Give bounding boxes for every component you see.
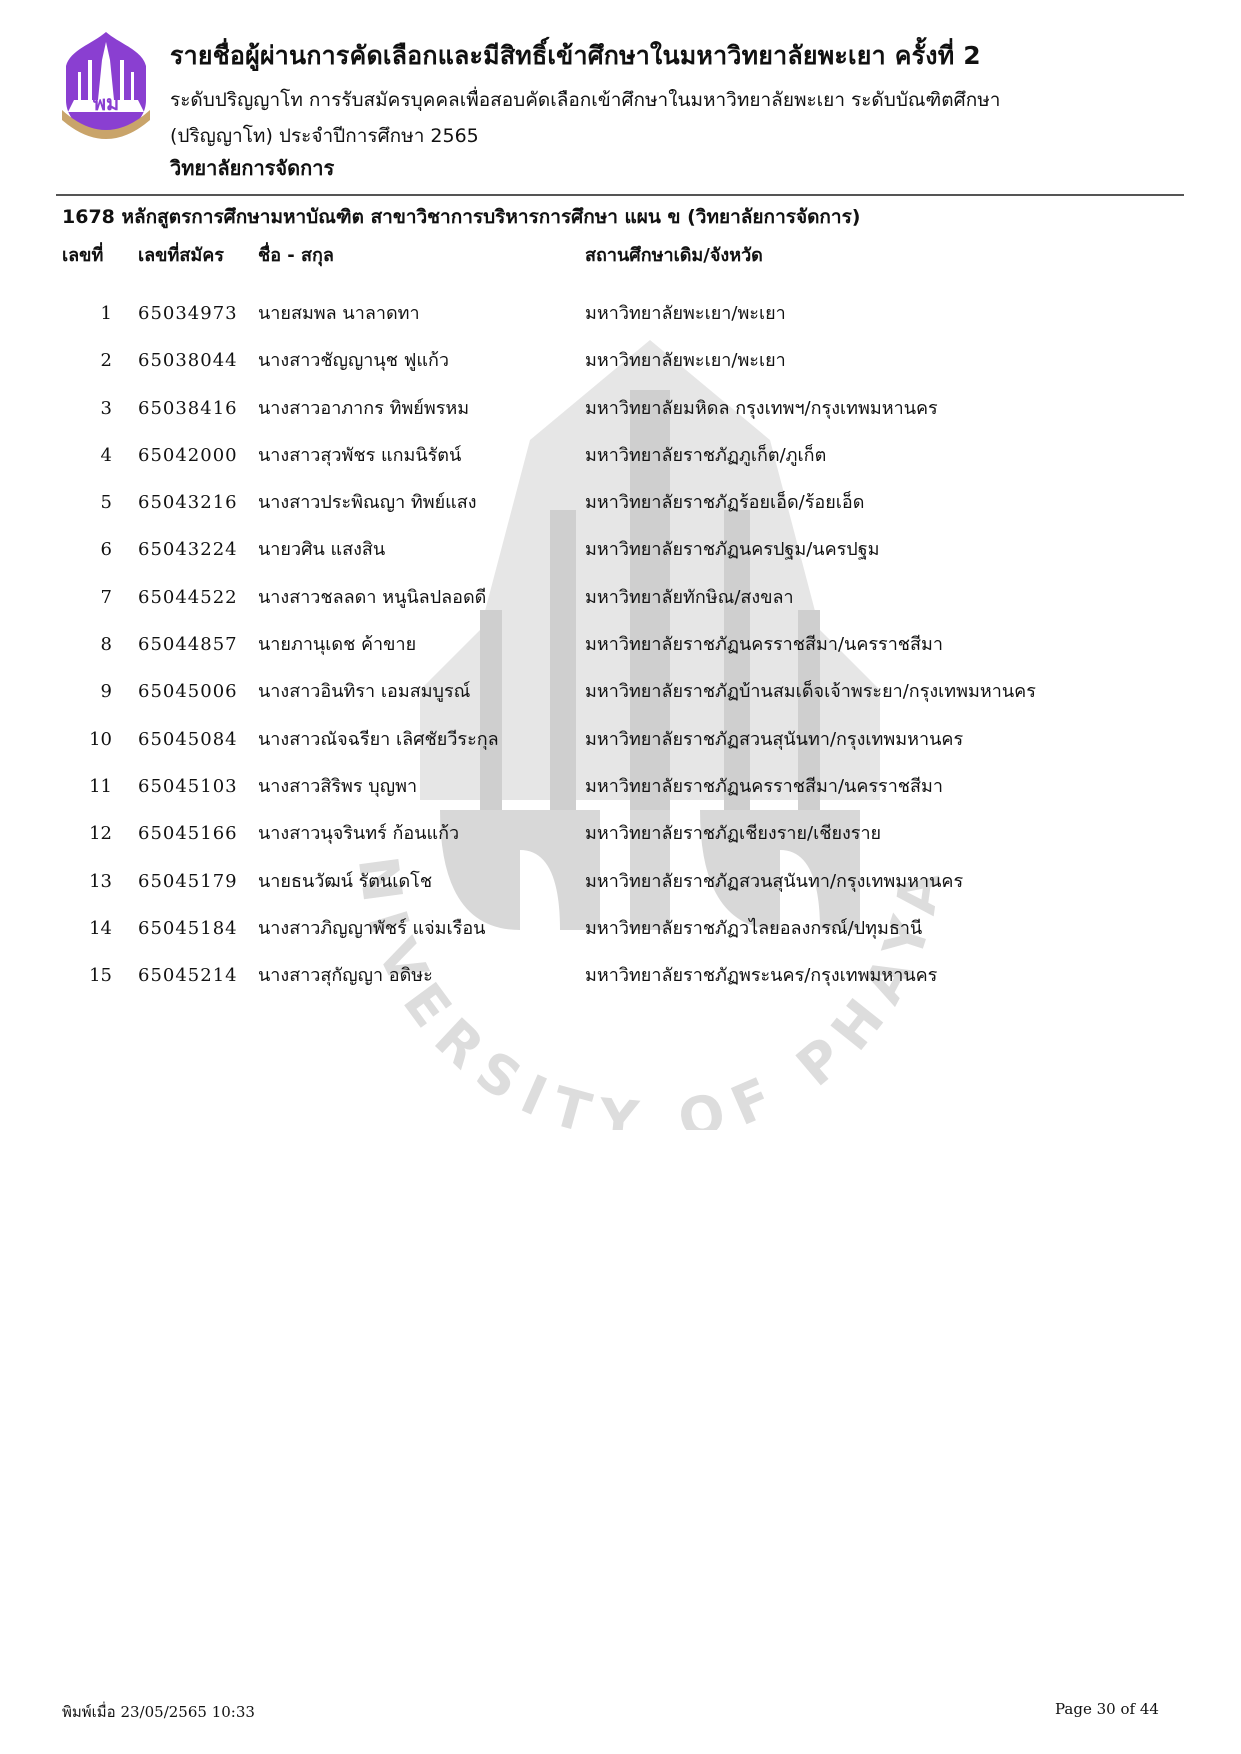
subtitle-line-1: ระดับปริญญาโท การรับสมัครบุคคลเพื่อสอบคั… xyxy=(170,82,1210,118)
subtitle-line-2: (ปริญญาโท) ประจำปีการศึกษา 2565 xyxy=(170,118,1210,154)
application-id: 65043216 xyxy=(138,489,238,517)
application-id: 65038416 xyxy=(138,395,238,423)
table-row: 465042000นางสาวสุวพัชร แกมนิรัตน์มหาวิทย… xyxy=(62,442,1182,489)
table-row: 365038416นางสาวอาภากร ทิพย์พรหมมหาวิทยาล… xyxy=(62,395,1182,442)
table-row: 665043224นายวศิน แสงสินมหาวิทยาลัยราชภัฏ… xyxy=(62,536,1182,583)
row-number: 10 xyxy=(62,726,112,754)
row-number: 13 xyxy=(62,868,112,896)
row-number: 1 xyxy=(62,300,112,328)
applicant-name: นายภานุเดช ค้าขาย xyxy=(258,631,416,659)
previous-school: มหาวิทยาลัยราชภัฏพระนคร/กรุงเทพมหานคร xyxy=(585,962,937,990)
row-number: 9 xyxy=(62,678,112,706)
row-number: 4 xyxy=(62,442,112,470)
page-number: Page 30 of 44 xyxy=(1055,1700,1159,1718)
previous-school: มหาวิทยาลัยราชภัฏสวนสุนันทา/กรุงเทพมหานค… xyxy=(585,868,963,896)
application-id: 65045084 xyxy=(138,726,238,754)
header-divider xyxy=(56,194,1184,196)
applicant-name: นางสาวสิริพร บุญพา xyxy=(258,773,417,801)
application-id: 65045166 xyxy=(138,820,238,848)
applicant-name: นางสาวสุกัญญา อดิษะ xyxy=(258,962,433,990)
printed-datetime: 23/05/2565 10:33 xyxy=(120,1703,254,1721)
previous-school: มหาวิทยาลัยราชภัฏสวนสุนันทา/กรุงเทพมหานค… xyxy=(585,726,963,754)
previous-school: มหาวิทยาลัยราชภัฏร้อยเอ็ด/ร้อยเอ็ด xyxy=(585,489,864,517)
table-row: 265038044นางสาวชัญญานุช ฟูแก้วมหาวิทยาลั… xyxy=(62,347,1182,394)
application-id: 65045184 xyxy=(138,915,238,943)
printed-timestamp: พิมพ์เมื่อ 23/05/2565 10:33 xyxy=(62,1700,255,1724)
column-header-application-id: เลขที่สมัคร xyxy=(138,242,224,270)
faculty-name: วิทยาลัยการจัดการ xyxy=(170,152,334,184)
printed-label: พิมพ์เมื่อ xyxy=(62,1703,116,1721)
row-number: 3 xyxy=(62,395,112,423)
row-number: 12 xyxy=(62,820,112,848)
previous-school: มหาวิทยาลัยมหิดล กรุงเทพฯ/กรุงเทพมหานคร xyxy=(585,395,938,423)
table-row: 1565045214นางสาวสุกัญญา อดิษะมหาวิทยาลัย… xyxy=(62,962,1182,1009)
program-heading: 1678 หลักสูตรการศึกษามหาบัณฑิต สาขาวิชาก… xyxy=(62,202,860,232)
page-subtitle: ระดับปริญญาโท การรับสมัครบุคคลเพื่อสอบคั… xyxy=(170,82,1210,154)
table-row: 765044522นางสาวชลลดา หนูนิลปลอดดีมหาวิทย… xyxy=(62,584,1182,631)
column-header-name: ชื่อ - สกุล xyxy=(258,242,334,270)
applicant-name: นายวศิน แสงสิน xyxy=(258,536,385,564)
table-row: 965045006นางสาวอินทิรา เอมสมบูรณ์มหาวิทย… xyxy=(62,678,1182,725)
row-number: 5 xyxy=(62,489,112,517)
table-row: 165034973นายสมพล นาลาดทามหาวิทยาลัยพะเยา… xyxy=(62,300,1182,347)
row-number: 6 xyxy=(62,536,112,564)
table-row: 1365045179นายธนวัฒน์ รัตนเดโชมหาวิทยาลัย… xyxy=(62,868,1182,915)
applicant-name: นายสมพล นาลาดทา xyxy=(258,300,420,328)
previous-school: มหาวิทยาลัยพะเยา/พะเยา xyxy=(585,300,786,328)
previous-school: มหาวิทยาลัยพะเยา/พะเยา xyxy=(585,347,786,375)
applicant-name: นางสาวชัญญานุช ฟูแก้ว xyxy=(258,347,449,375)
application-id: 65045103 xyxy=(138,773,238,801)
row-number: 7 xyxy=(62,584,112,612)
table-header: เลขที่ เลขที่สมัคร ชื่อ - สกุล สถานศึกษา… xyxy=(62,242,1182,282)
applicant-name: นางสาวประพิณญา ทิพย์แสง xyxy=(258,489,477,517)
applicant-name: นางสาวนุจรินทร์ ก้อนแก้ว xyxy=(258,820,459,848)
previous-school: มหาวิทยาลัยราชภัฏนครราชสีมา/นครราชสีมา xyxy=(585,631,943,659)
applicant-name: นางสาวอาภากร ทิพย์พรหม xyxy=(258,395,469,423)
table-row: 1165045103นางสาวสิริพร บุญพามหาวิทยาลัยร… xyxy=(62,773,1182,820)
row-number: 11 xyxy=(62,773,112,801)
svg-text:พม: พม xyxy=(93,91,119,115)
application-id: 65042000 xyxy=(138,442,238,470)
previous-school: มหาวิทยาลัยราชภัฏนครราชสีมา/นครราชสีมา xyxy=(585,773,943,801)
table-row: 1465045184นางสาวภิญญาพัชร์ แจ่มเรือนมหาว… xyxy=(62,915,1182,962)
column-header-school: สถานศึกษาเดิม/จังหวัด xyxy=(585,242,763,270)
applicant-name: นายธนวัฒน์ รัตนเดโช xyxy=(258,868,432,896)
university-logo-icon: พม xyxy=(58,30,154,142)
applicant-name: นางสาวอินทิรา เอมสมบูรณ์ xyxy=(258,678,470,706)
previous-school: มหาวิทยาลัยราชภัฏภูเก็ต/ภูเก็ต xyxy=(585,442,826,470)
column-header-no: เลขที่ xyxy=(62,242,118,270)
table-body: 165034973นายสมพล นาลาดทามหาวิทยาลัยพะเยา… xyxy=(62,300,1182,1009)
application-id: 65045214 xyxy=(138,962,238,990)
previous-school: มหาวิทยาลัยราชภัฏเชียงราย/เชียงราย xyxy=(585,820,881,848)
application-id: 65038044 xyxy=(138,347,238,375)
row-number: 8 xyxy=(62,631,112,659)
previous-school: มหาวิทยาลัยราชภัฏวไลยอลงกรณ์/ปทุมธานี xyxy=(585,915,922,943)
previous-school: มหาวิทยาลัยราชภัฏบ้านสมเด็จเจ้าพระยา/กรุ… xyxy=(585,678,1036,706)
application-id: 65044522 xyxy=(138,584,238,612)
table-row: 1065045084นางสาวณัจฉรียา เลิศชัยวีระกุลม… xyxy=(62,726,1182,773)
application-id: 65043224 xyxy=(138,536,238,564)
application-id: 65044857 xyxy=(138,631,238,659)
previous-school: มหาวิทยาลัยทักษิณ/สงขลา xyxy=(585,584,794,612)
previous-school: มหาวิทยาลัยราชภัฏนครปฐม/นครปฐม xyxy=(585,536,880,564)
page-title: รายชื่อผู้ผ่านการคัดเลือกและมีสิทธิ์เข้า… xyxy=(170,36,981,76)
table-row: 565043216นางสาวประพิณญา ทิพย์แสงมหาวิทยา… xyxy=(62,489,1182,536)
application-id: 65045179 xyxy=(138,868,238,896)
table-row: 865044857นายภานุเดช ค้าขายมหาวิทยาลัยราช… xyxy=(62,631,1182,678)
applicant-name: นางสาวภิญญาพัชร์ แจ่มเรือน xyxy=(258,915,485,943)
application-id: 65034973 xyxy=(138,300,238,328)
applicant-name: นางสาวสุวพัชร แกมนิรัตน์ xyxy=(258,442,461,470)
table-row: 1265045166นางสาวนุจรินทร์ ก้อนแก้วมหาวิท… xyxy=(62,820,1182,867)
row-number: 2 xyxy=(62,347,112,375)
application-id: 65045006 xyxy=(138,678,238,706)
row-number: 15 xyxy=(62,962,112,990)
applicant-table: เลขที่ เลขที่สมัคร ชื่อ - สกุล สถานศึกษา… xyxy=(62,242,1182,1009)
applicant-name: นางสาวณัจฉรียา เลิศชัยวีระกุล xyxy=(258,726,499,754)
applicant-name: นางสาวชลลดา หนูนิลปลอดดี xyxy=(258,584,486,612)
row-number: 14 xyxy=(62,915,112,943)
